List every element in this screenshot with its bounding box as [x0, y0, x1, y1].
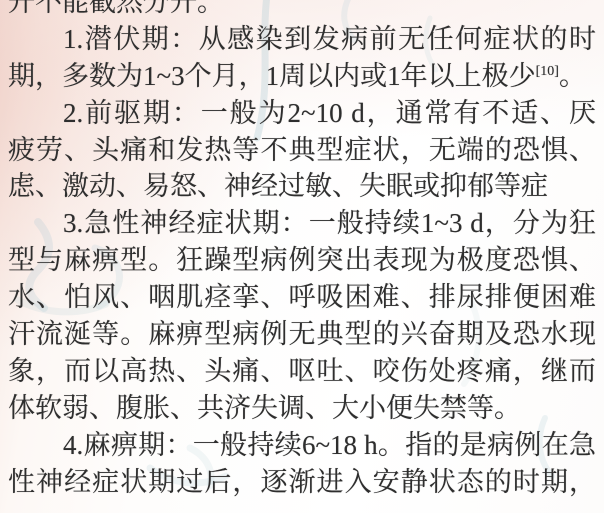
text-line: 4.麻痹期：一般持续6~18 h。指的是病例在急: [8, 427, 596, 464]
text-line: 虑、激动、易怒、神经过敏、失眠或抑郁等症状。: [8, 168, 596, 205]
text-line: 期，多数为1~3个月，1周以内或1年以上极少[10]。: [8, 58, 596, 95]
text-line: 汗流涎等。麻痹型病例无典型的兴奋期及恐水现: [8, 316, 596, 353]
text-line: 3.急性神经症状期：一般持续1~3 d，分为狂躁: [8, 205, 596, 242]
text-line: 体软弱、腹胀、共济失调、大小便失禁等。: [8, 390, 596, 427]
citation-superscript: [10]: [536, 64, 559, 79]
text-line: 型与麻痹型。狂躁型病例突出表现为极度恐惧、恐: [8, 242, 596, 279]
text-line: 1.潜伏期：从感染到发病前无任何症状的时: [8, 21, 596, 58]
text-line: 2.前驱期：一般为2~10 d，通常有不适、厌食、: [8, 95, 596, 132]
text-line: 水、怕风、咽肌痉挛、呼吸困难、排尿排便困难及多: [8, 279, 596, 316]
text-line: 性神经症状期过后，逐渐进入安静状态的时期，此: [8, 464, 596, 501]
article-text: 开不能截然分开。1.潜伏期：从感染到发病前无任何症状的时期，多数为1~3个月，1…: [8, 0, 596, 500]
text-line: 象，而以高热、头痛、呕吐、咬伤处疼痛，继而出现肢: [8, 353, 596, 390]
text-line: 疲劳、头痛和发热等不典型症状，无端的恐惧、焦: [8, 132, 596, 169]
text-line: 开不能截然分开。: [8, 0, 596, 21]
